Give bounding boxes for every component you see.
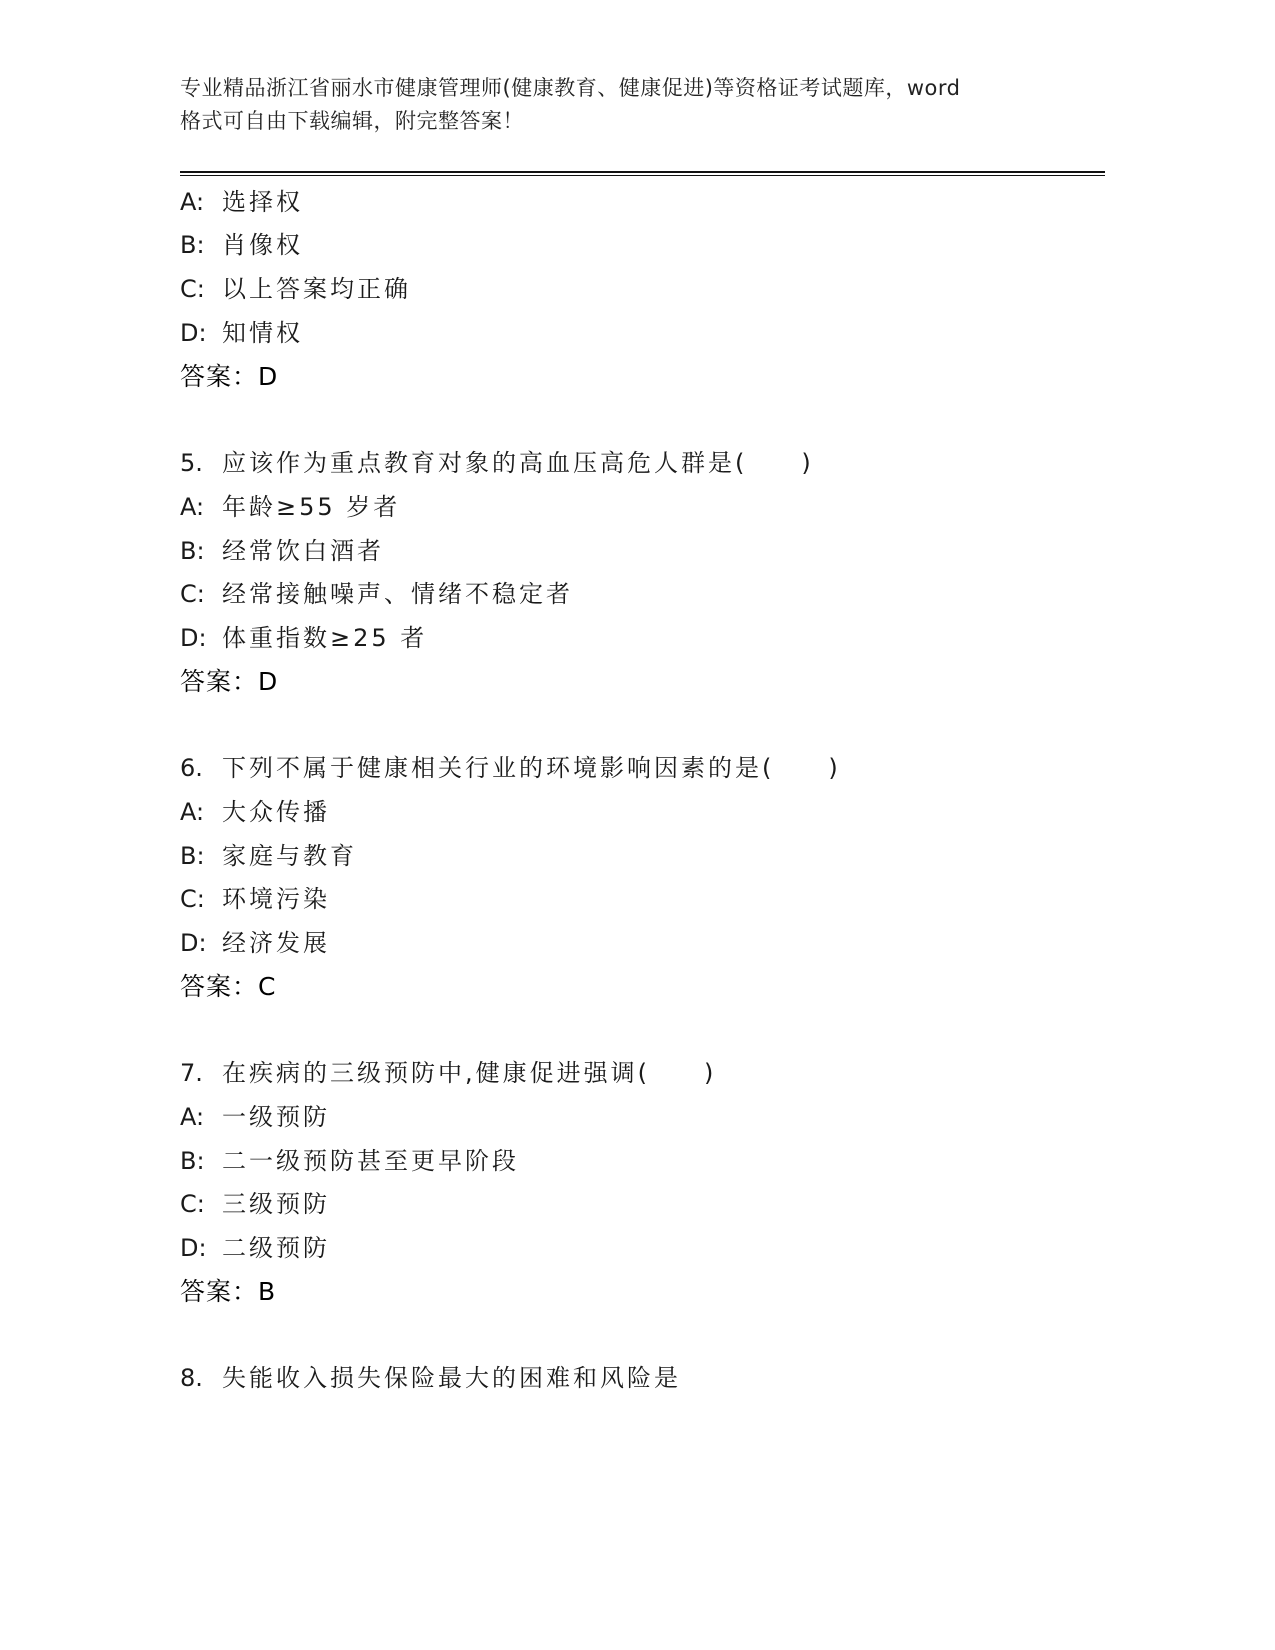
question-stem: 6.下列不属于健康相关行业的环境影响因素的是( ) — [180, 752, 841, 784]
option-c: C:三级预防 — [180, 1188, 330, 1220]
answer: 答案：D — [180, 361, 278, 393]
option-d: D:二级预防 — [180, 1232, 330, 1264]
answer: 答案：D — [180, 666, 278, 698]
option-a: A:选择权 — [180, 186, 303, 218]
option-b: B:肖像权 — [180, 229, 303, 261]
option-c: C:经常接触噪声、情绪不稳定者 — [180, 578, 573, 610]
option-d: D:经济发展 — [180, 927, 330, 959]
question-stem: 7.在疾病的三级预防中,健康促进强调( ) — [180, 1057, 716, 1089]
answer: 答案：B — [180, 1276, 276, 1308]
option-a: A:年龄≥55 岁者 — [180, 491, 400, 523]
header-line-1: 专业精品浙江省丽水市健康管理师(健康教育、健康促进)等资格证考试题库，word — [180, 72, 1060, 105]
option-d: D:体重指数≥25 者 — [180, 622, 427, 654]
option-b: B:经常饮白酒者 — [180, 535, 384, 567]
document-header: 专业精品浙江省丽水市健康管理师(健康教育、健康促进)等资格证考试题库，word … — [180, 72, 1060, 138]
question-stem: 5.应该作为重点教育对象的高血压高危人群是( ) — [180, 447, 814, 479]
option-a: A:大众传播 — [180, 796, 330, 828]
option-a: A:一级预防 — [180, 1101, 330, 1133]
header-divider — [180, 171, 1105, 176]
option-c: C:以上答案均正确 — [180, 273, 411, 305]
header-line-2: 格式可自由下载编辑，附完整答案！ — [180, 105, 1060, 138]
option-c: C:环境污染 — [180, 883, 330, 915]
question-stem: 8.失能收入损失保险最大的困难和风险是 — [180, 1362, 681, 1394]
option-b: B:二一级预防甚至更早阶段 — [180, 1145, 519, 1177]
option-b: B:家庭与教育 — [180, 840, 357, 872]
option-d: D:知情权 — [180, 317, 303, 349]
answer: 答案：C — [180, 971, 276, 1003]
